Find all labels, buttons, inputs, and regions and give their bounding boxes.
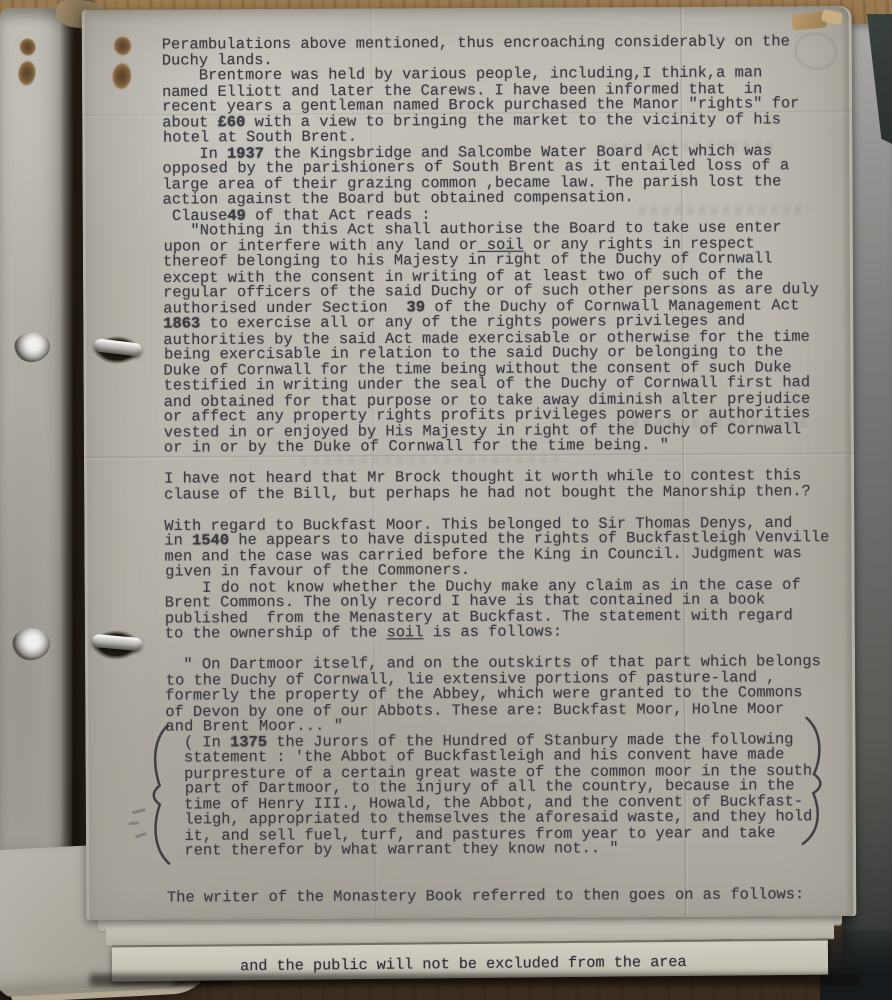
binder-cover-bottom — [820, 930, 892, 1000]
page-bottom-shadow — [90, 974, 860, 986]
main-document-page: Perambulations above mentioned, thus enc… — [82, 6, 857, 920]
typed-line: except with the consent in writing of at… — [163, 267, 828, 286]
typed-line: named Elliott and later the Carews. I ha… — [162, 81, 827, 100]
typed-line: The writer of the Monastery Book referre… — [167, 887, 832, 906]
typed-line: it, and sell fuel, turf, and pastures fr… — [166, 825, 831, 844]
hand-drawn-brace-right — [798, 714, 832, 849]
hand-drawn-brace-left — [143, 722, 174, 868]
typed-line: clause of the Bill, but perhaps he had n… — [164, 484, 829, 503]
typed-line: to the Duchy of Cornwall, lie extensive … — [166, 670, 831, 689]
typed-line: part of Dartmoor, to the injury of all t… — [166, 778, 831, 797]
typed-line: In 1937 the Kingsbridge and Salcombe Wat… — [162, 143, 827, 162]
typed-line: and obtained for that purpose or to take… — [164, 391, 829, 410]
photo-canvas: and the public will not be excluded from… — [0, 0, 892, 1000]
typed-text-block: Perambulations above mentioned, thus enc… — [162, 34, 832, 905]
typed-line: I do not know whether the Duchy make any… — [165, 577, 830, 596]
next-page-text-line: and the public will not be excluded from… — [240, 953, 687, 975]
typed-line: upon or interfere with any land or soil … — [164, 236, 829, 255]
pencil-marks — [129, 821, 139, 825]
typed-line: of Devon by one of our Abbots. These are… — [165, 701, 830, 720]
typed-line: With regard to Buckfast Moor. This belon… — [164, 515, 829, 534]
typed-line: being exercisable in relation to the sai… — [164, 344, 829, 363]
